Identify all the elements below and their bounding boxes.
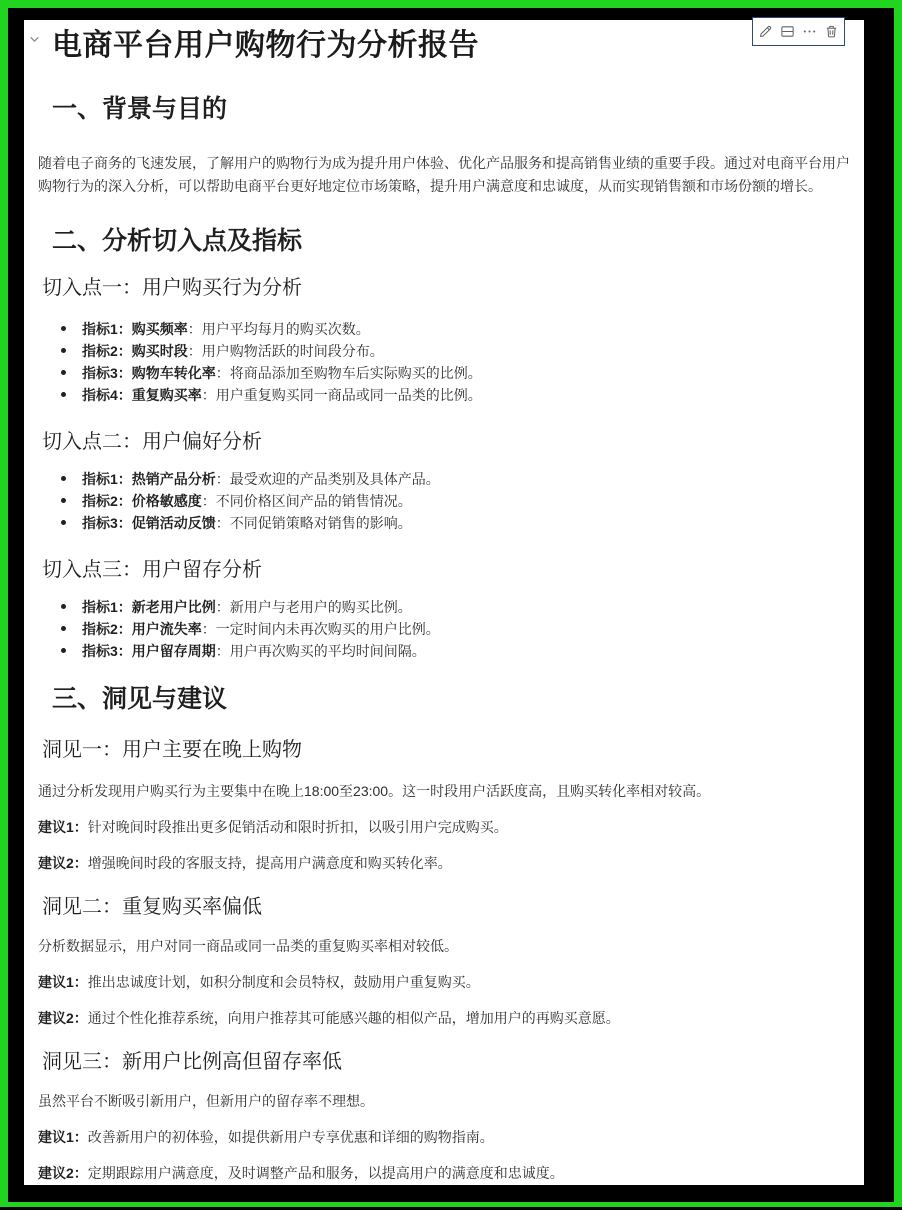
list-item: 指标3：促销活动反馈：不同促销策略对销售的影响。 — [82, 512, 856, 534]
document-page: 电商平台用户购物行为分析报告 一、背景与目的 随着电子商务的飞速发展，了解用户的… — [24, 20, 864, 1185]
section-heading-metrics: 二、分析切入点及指标 — [52, 224, 856, 258]
insight3-suggestion2: 建议2：定期跟踪用户满意度，及时调整产品和服务，以提高用户的满意度和忠诚度。 — [38, 1162, 856, 1185]
insight2-heading: 洞见二：重复购买率偏低 — [42, 893, 856, 921]
insight2-suggestion1: 建议1：推出忠诚度计划，如积分制度和会员特权，鼓励用户重复购买。 — [38, 971, 856, 994]
insight3-heading: 洞见三：新用户比例高但留存率低 — [42, 1048, 856, 1076]
insight1-suggestion2: 建议2：增强晚间时段的客服支持，提高用户满意度和购买转化率。 — [38, 852, 856, 875]
insight1-suggestion1: 建议1：针对晚间时段推出更多促销活动和限时折扣，以吸引用户完成购买。 — [38, 816, 856, 839]
list-item: 指标2：用户流失率：一定时间内未再次购买的用户比例。 — [82, 618, 856, 640]
subsection-heading-entry3: 切入点三：用户留存分析 — [42, 556, 856, 584]
metric-list-entry2: 指标1：热销产品分析：最受欢迎的产品类别及具体产品。 指标2：价格敏感度：不同价… — [38, 468, 856, 534]
section-heading-background: 一、背景与目的 — [52, 92, 856, 126]
metric-list-entry1: 指标1：购买频率：用户平均每月的购买次数。 指标2：购买时段：用户购物活跃的时间… — [38, 318, 856, 406]
subsection-heading-entry2: 切入点二：用户偏好分析 — [42, 428, 856, 456]
list-item: 指标3：用户留存周期：用户再次购买的平均时间间隔。 — [82, 640, 856, 662]
page-title: 电商平台用户购物行为分析报告 — [52, 26, 856, 66]
split-section-button[interactable] — [779, 23, 797, 41]
insight3-intro: 虽然平台不断吸引新用户，但新用户的留存率不理想。 — [38, 1090, 856, 1113]
background-paragraph: 随着电子商务的飞速发展，了解用户的购物行为成为提升用户体验、优化产品服务和提高销… — [38, 152, 856, 198]
subsection-heading-entry1: 切入点一：用户购买行为分析 — [42, 274, 856, 302]
floating-toolbar — [752, 17, 845, 46]
list-item: 指标1：热销产品分析：最受欢迎的产品类别及具体产品。 — [82, 468, 856, 490]
list-item: 指标2：价格敏感度：不同价格区间产品的销售情况。 — [82, 490, 856, 512]
insight1-heading: 洞见一：用户主要在晚上购物 — [42, 736, 856, 764]
title-row: 电商平台用户购物行为分析报告 — [52, 26, 856, 66]
more-options-button[interactable] — [800, 23, 818, 41]
insight2-intro: 分析数据显示，用户对同一商品或同一品类的重复购买率相对较低。 — [38, 935, 856, 958]
list-item: 指标1：购买频率：用户平均每月的购买次数。 — [82, 318, 856, 340]
section-heading-insights: 三、洞见与建议 — [52, 682, 856, 716]
list-item: 指标1：新老用户比例：新用户与老用户的购买比例。 — [82, 596, 856, 618]
trash-icon — [824, 24, 839, 39]
insight2-suggestion2: 建议2：通过个性化推荐系统，向用户推荐其可能感兴趣的相似产品，增加用户的再购买意… — [38, 1007, 856, 1030]
metric-list-entry3: 指标1：新老用户比例：新用户与老用户的购买比例。 指标2：用户流失率：一定时间内… — [38, 596, 856, 662]
list-item: 指标4：重复购买率：用户重复购买同一商品或同一品类的比例。 — [82, 384, 856, 406]
chevron-down-icon[interactable] — [28, 33, 41, 46]
list-item: 指标3：购物车转化率：将商品添加至购物车后实际购买的比例。 — [82, 362, 856, 384]
insight3-suggestion1: 建议1：改善新用户的初体验，如提供新用户专享优惠和详细的购物指南。 — [38, 1126, 856, 1149]
delete-button[interactable] — [822, 23, 840, 41]
edit-button[interactable] — [757, 23, 775, 41]
ellipsis-icon — [802, 24, 817, 39]
list-item: 指标2：购买时段：用户购物活跃的时间段分布。 — [82, 340, 856, 362]
pencil-icon — [758, 24, 773, 39]
insight1-intro: 通过分析发现用户购买行为主要集中在晚上18:00至23:00。这一时段用户活跃度… — [38, 780, 856, 803]
split-box-icon — [780, 24, 795, 39]
